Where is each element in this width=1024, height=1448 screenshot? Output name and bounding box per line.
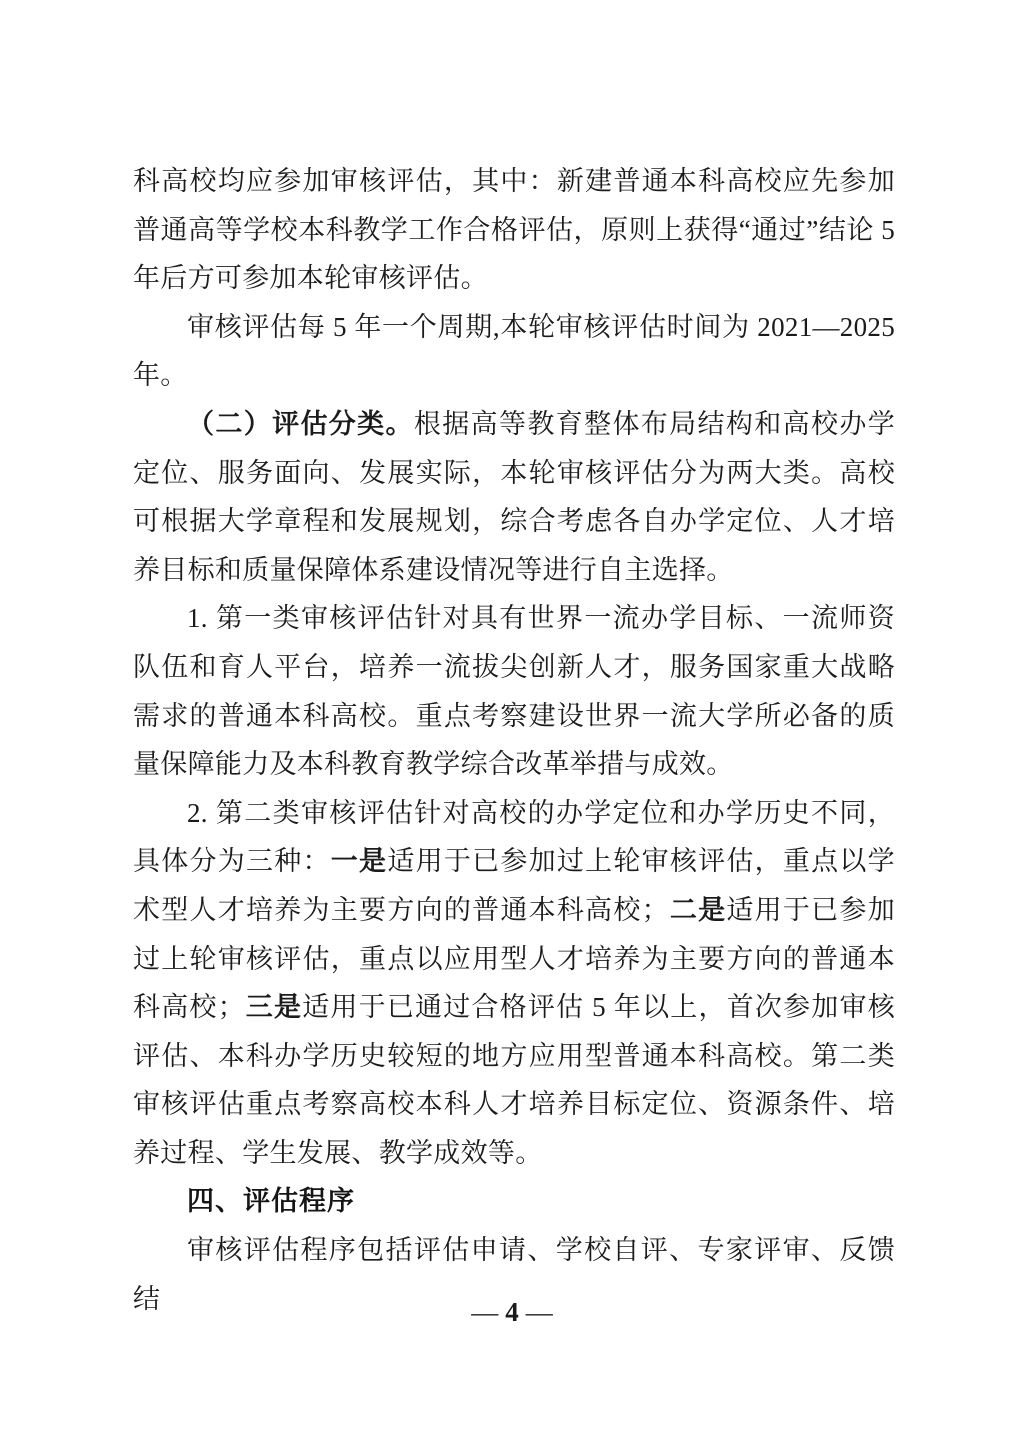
classification-lead-bold: （二）评估分类。 xyxy=(187,409,414,439)
page-number: 4 xyxy=(505,1297,519,1327)
type2-item2-marker: 二是 xyxy=(669,895,726,925)
document-page: 科高校均应参加审核评估，其中：新建普通本科高校应先参加普通高等学校本科教学工作合… xyxy=(0,0,1024,1448)
paragraph-continuation: 科高校均应参加审核评估，其中：新建普通本科高校应先参加普通高等学校本科教学工作合… xyxy=(133,157,895,303)
document-body: 科高校均应参加审核评估，其中：新建普通本科高校应先参加普通高等学校本科教学工作合… xyxy=(133,157,895,1323)
page-footer: —4— xyxy=(0,1297,1024,1328)
type2-item1-marker: 一是 xyxy=(331,846,388,876)
footer-right-dash: — xyxy=(526,1297,553,1327)
paragraph-cycle: 审核评估每 5 年一个周期,本轮审核评估时间为 2021—2025 年。 xyxy=(133,303,895,400)
paragraph-type2: 2. 第二类审核评估针对高校的办学定位和办学历史不同，具体分为三种：一是适用于已… xyxy=(133,789,895,1178)
paragraph-type1: 1. 第一类审核评估针对具有世界一流办学目标、一流师资队伍和育人平台，培养一流拔… xyxy=(133,594,895,788)
paragraph-classification: （二）评估分类。根据高等教育整体布局结构和高校办学定位、服务面向、发展实际，本轮… xyxy=(133,400,895,594)
type2-item3-marker: 三是 xyxy=(245,992,302,1022)
section-heading-procedure: 四、评估程序 xyxy=(133,1177,895,1226)
footer-left-dash: — xyxy=(471,1297,498,1327)
